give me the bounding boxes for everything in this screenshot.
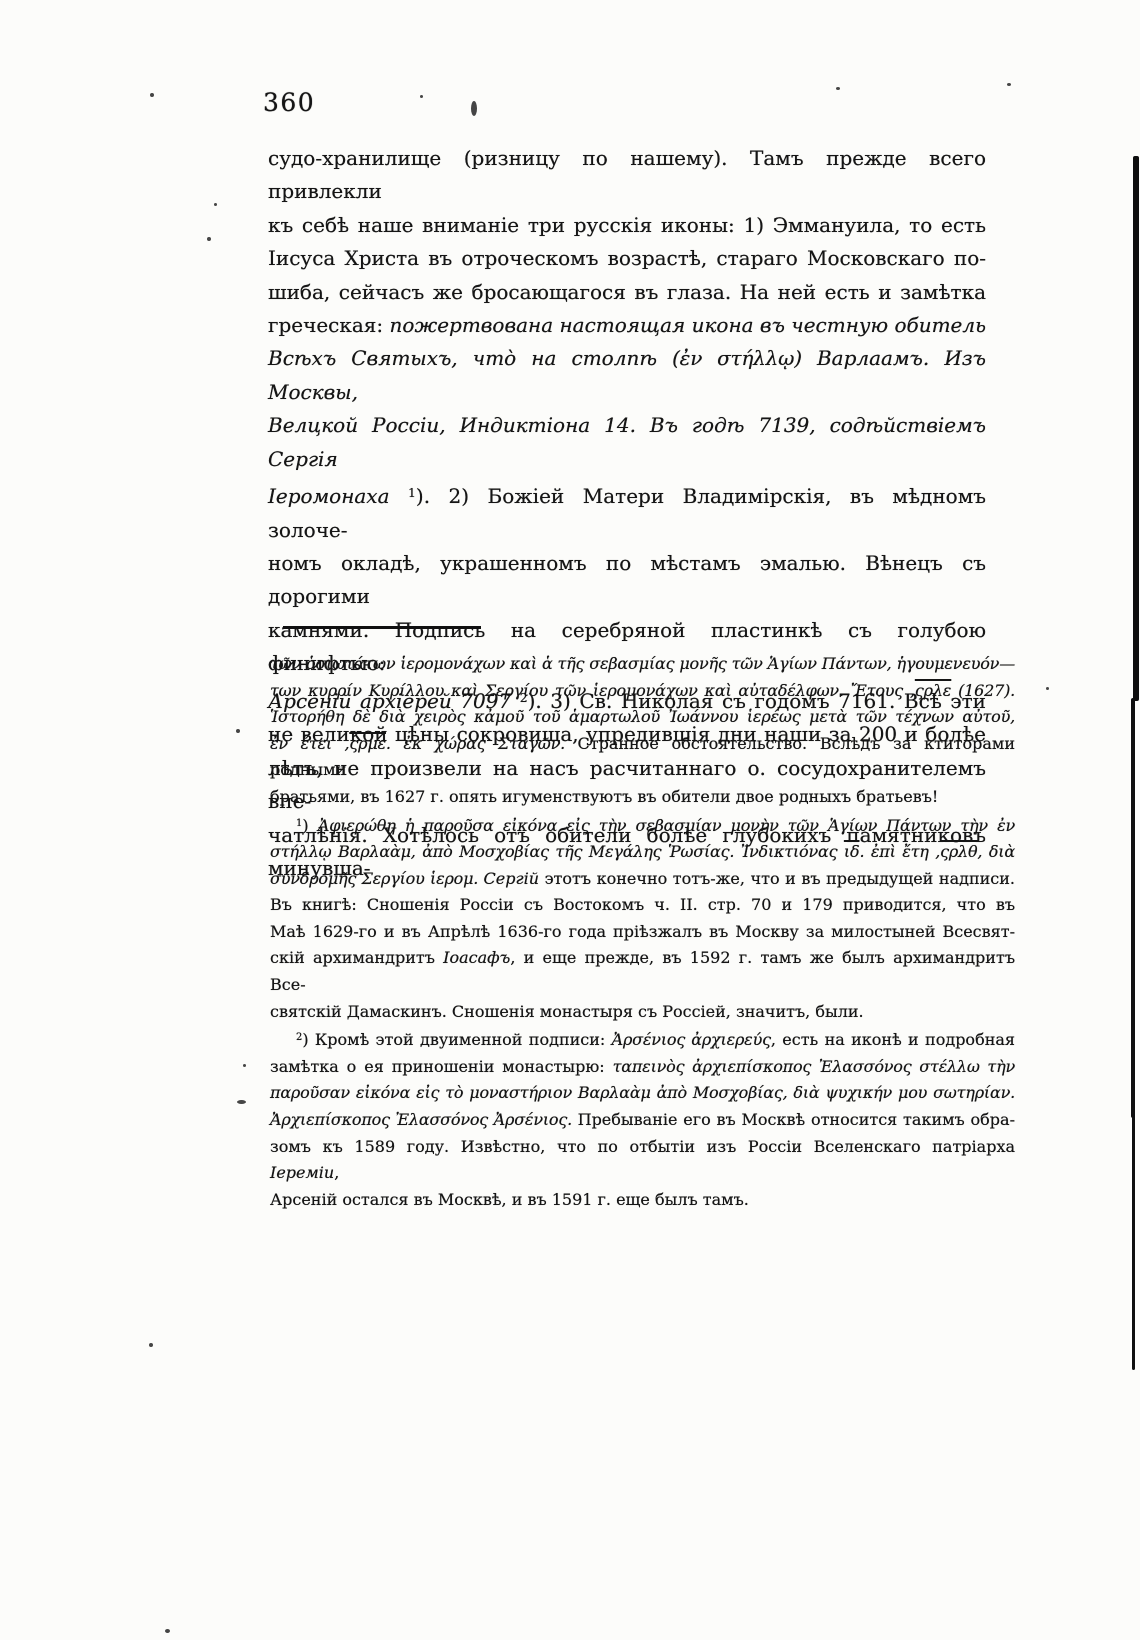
text-segment: ιδ: [844, 842, 860, 861]
text-segment: Сергій: [484, 869, 539, 888]
text-segment: Ἀρχιεπίσκοπος Ἐλασσόνος Ἀρσένιος.: [270, 1110, 578, 1129]
ink-speck-artifact: [237, 1100, 246, 1104]
text-segment: ςρμε: [349, 734, 386, 753]
text-segment: Пребываніе его въ Москвѣ относится таким…: [578, 1110, 1015, 1129]
text-segment: ): [302, 816, 318, 835]
footnote-separator: [283, 626, 481, 629]
text-line: Всѣхъ Святыхъ, что̀ на столпѣ (ἐν στήλλῳ…: [268, 342, 986, 409]
ink-speck-artifact: [149, 1343, 153, 1347]
text-segment: Въ книгѣ: Сношенія Россіи съ Востокомъ ч…: [270, 895, 1015, 914]
text-segment: Іисуса Христа въ отроческомъ возрастѣ, с…: [268, 246, 986, 270]
ink-speck-artifact: [165, 1629, 170, 1633]
text-line: Велцкой Россіи, Индиктіона 14. Въ годѣ 7…: [268, 409, 986, 476]
text-line: святскій Дамаскинъ. Сношенія монастыря с…: [270, 999, 1015, 1026]
text-segment: Ἱστορήθη δὲ διὰ χειρὸς κἀμοῦ τοῦ ἁμαρτωλ…: [270, 707, 1015, 726]
text-segment: Арсеній остался въ Москвѣ, и въ 1591 г. …: [270, 1190, 749, 1209]
ink-speck-artifact: [1007, 83, 1011, 86]
text-line: греческая: пожертвована настоящая икона …: [268, 309, 986, 342]
ink-speck-artifact: [236, 729, 240, 733]
text-line: къ себѣ наше вниманіе три русскія иконы:…: [268, 209, 986, 242]
text-segment: скій архимандритъ: [270, 948, 443, 967]
text-segment: , есть на иконѣ и подробная: [771, 1030, 1015, 1049]
text-line: 1) Ἀφιερώθη ἡ παροῦσα εἰκόνα εἰς τὴν σεβ…: [270, 811, 1015, 840]
text-segment: ) Кромѣ этой двуименной подписи:: [302, 1030, 611, 1049]
text-segment: . ἐκ χώρας Σταγῶν.: [386, 734, 578, 753]
page-edge-line-artifact: [1133, 156, 1139, 701]
text-line: Въ книгѣ: Сношенія Россіи съ Востокомъ ч…: [270, 892, 1015, 919]
text-segment: συνδρομῆς Σεργίου ἱερομ.: [270, 869, 484, 888]
text-segment: Ἀρσένιος ἀρχιερεύς: [612, 1030, 771, 1049]
ink-speck-artifact: [1046, 687, 1049, 690]
text-line: 2) Кромѣ этой двуименной подписи: Ἀρσένι…: [270, 1025, 1015, 1054]
text-segment: των κυρρίν Κυρίλλου καὶ Σεργίου τῶν ἱερο…: [270, 681, 915, 700]
text-line: Маѣ 1629-го и въ Апрѣлѣ 1636-го года прі…: [270, 919, 1015, 946]
text-line: Іеромонаха 1). 2) Божіей Матери Владимір…: [268, 476, 986, 547]
ink-speck-artifact: [207, 237, 211, 241]
text-segment: τῶν ὁσιωτάτων ἱερομονάχων καὶ ἁ τῆς σεβα…: [270, 654, 1015, 673]
text-segment: святскій Дамаскинъ. Сношенія монастыря с…: [270, 1002, 864, 1021]
text-segment: , διὰ: [977, 842, 1015, 861]
text-segment: (1627).: [951, 681, 1015, 700]
text-segment: шиба, сейчасъ же бросающагося въ глаза. …: [268, 280, 986, 304]
text-line: στήλλῳ Βαρλαὰμ, ἀπὸ Μοσχοβίας τῆς Μεγάλη…: [270, 839, 1015, 866]
text-segment: зомъ къ 1589 году. Извѣстно, что по отбы…: [270, 1137, 1015, 1156]
text-line: Арсеній остался въ Москвѣ, и въ 1591 г. …: [270, 1187, 1015, 1214]
text-line: ἐν ἔτει ,ςρμε. ἐκ χώρας Σταγῶν. Странное…: [270, 731, 1015, 784]
page-edge-line-artifact: [1131, 698, 1135, 1118]
text-line: των κυρρίν Κυρίλλου καὶ Σεργίου τῶν ἱερο…: [270, 678, 1015, 705]
page-edge-line-artifact: [1132, 1115, 1135, 1370]
footnotes-block: τῶν ὁσιωτάτων ἱερομονάχων καὶ ἁ τῆς σεβα…: [270, 651, 1015, 1213]
text-segment: греческая:: [268, 313, 390, 337]
text-segment: ςρλε: [915, 681, 951, 700]
text-segment: ,: [334, 1163, 339, 1182]
text-line: зомъ къ 1589 году. Извѣстно, что по отбы…: [270, 1134, 1015, 1187]
text-segment: Велцкой Россіи, Индиктіона 14. Въ годѣ 7…: [268, 413, 986, 470]
ink-speck-artifact: [420, 95, 423, 98]
ink-speck-artifact: [836, 87, 840, 90]
text-line: замѣтка о ея приношеніи монастырю: ταπει…: [270, 1054, 1015, 1081]
text-segment: 1: [408, 485, 416, 500]
text-line: παροῦσαν εἰκόνα εἰς τὸ μοναστήριον Βαρλα…: [270, 1080, 1015, 1107]
text-segment: Іереміи: [270, 1163, 334, 1182]
ink-speck-artifact: [471, 101, 477, 116]
page-number: 360: [263, 88, 315, 117]
text-segment: этотъ конечно тотъ-же, что и въ предыдущ…: [539, 869, 1015, 888]
text-segment: (ἐν στήλλῳ): [672, 346, 802, 370]
text-line: шиба, сейчасъ же бросающагося въ глаза. …: [268, 276, 986, 309]
text-segment: παροῦσαν εἰκόνα εἰς τὸ μοναστήριον Βαρλα…: [270, 1083, 1015, 1102]
text-line: судо-хранилище (ризницу по нашему). Тамъ…: [268, 142, 986, 209]
text-segment: судо-хранилище (ризницу по нашему). Тамъ…: [268, 146, 986, 203]
text-line: Ἱστορήθη δὲ διὰ χειρὸς κἀμοῦ τοῦ ἁμαρτωλ…: [270, 704, 1015, 731]
text-segment: ταπεινὸς ἀρχιεπίσκοπος Ἐλασσόνος στέλλω …: [613, 1057, 1015, 1076]
text-segment: . ἐπὶ ἔτη ,: [859, 842, 940, 861]
text-segment: къ себѣ наше вниманіе три русскія иконы:…: [268, 213, 986, 237]
text-segment: στήλλῳ Βαρλαὰμ, ἀπὸ Μοσχοβίας τῆς Μεγάλη…: [270, 842, 844, 861]
ink-speck-artifact: [150, 93, 154, 97]
text-line: скій архимандритъ Іоасафъ, и еще прежде,…: [270, 945, 1015, 998]
text-segment: пожертвована настоящая икона въ честную …: [390, 313, 986, 337]
text-segment: братьями, въ 1627 г. опять игуменствуютъ…: [270, 787, 938, 806]
scanned-book-page: 360 судо-хранилище (ризницу по нашему). …: [0, 0, 1140, 1640]
text-line: братьями, въ 1627 г. опять игуменствуютъ…: [270, 784, 1015, 811]
text-line: συνδρομῆς Σεργίου ἱερομ. Сергій этотъ ко…: [270, 866, 1015, 893]
ink-speck-artifact: [243, 1064, 246, 1067]
text-segment: Іоасафъ: [443, 948, 510, 967]
text-segment: ςρλθ: [940, 842, 977, 861]
text-segment: ἐν ἔτει ,: [270, 734, 349, 753]
text-segment: Всѣхъ Святыхъ, что̀ на столпѣ: [268, 346, 672, 370]
ink-speck-artifact: [214, 203, 217, 206]
text-segment: Ἀφιερώθη ἡ παροῦσα εἰκόνα εἰς τὴν σεβασμ…: [318, 816, 1015, 835]
text-segment: замѣтка о ея приношеніи монастырю:: [270, 1057, 613, 1076]
text-segment: номъ окладѣ, украшенномъ по мѣстамъ эмал…: [268, 551, 986, 608]
text-segment: Маѣ 1629-го и въ Апрѣлѣ 1636-го года прі…: [270, 922, 1015, 941]
text-line: Іисуса Христа въ отроческомъ возрастѣ, с…: [268, 242, 986, 275]
text-line: Ἀρχιεπίσκοπος Ἐλασσόνος Ἀρσένιος. Пребыв…: [270, 1107, 1015, 1134]
text-segment: Іеромонаха: [268, 484, 408, 508]
text-line: номъ окладѣ, украшенномъ по мѣстамъ эмал…: [268, 547, 986, 614]
text-line: τῶν ὁσιωτάτων ἱερομονάχων καὶ ἁ τῆς σεβα…: [270, 651, 1015, 678]
